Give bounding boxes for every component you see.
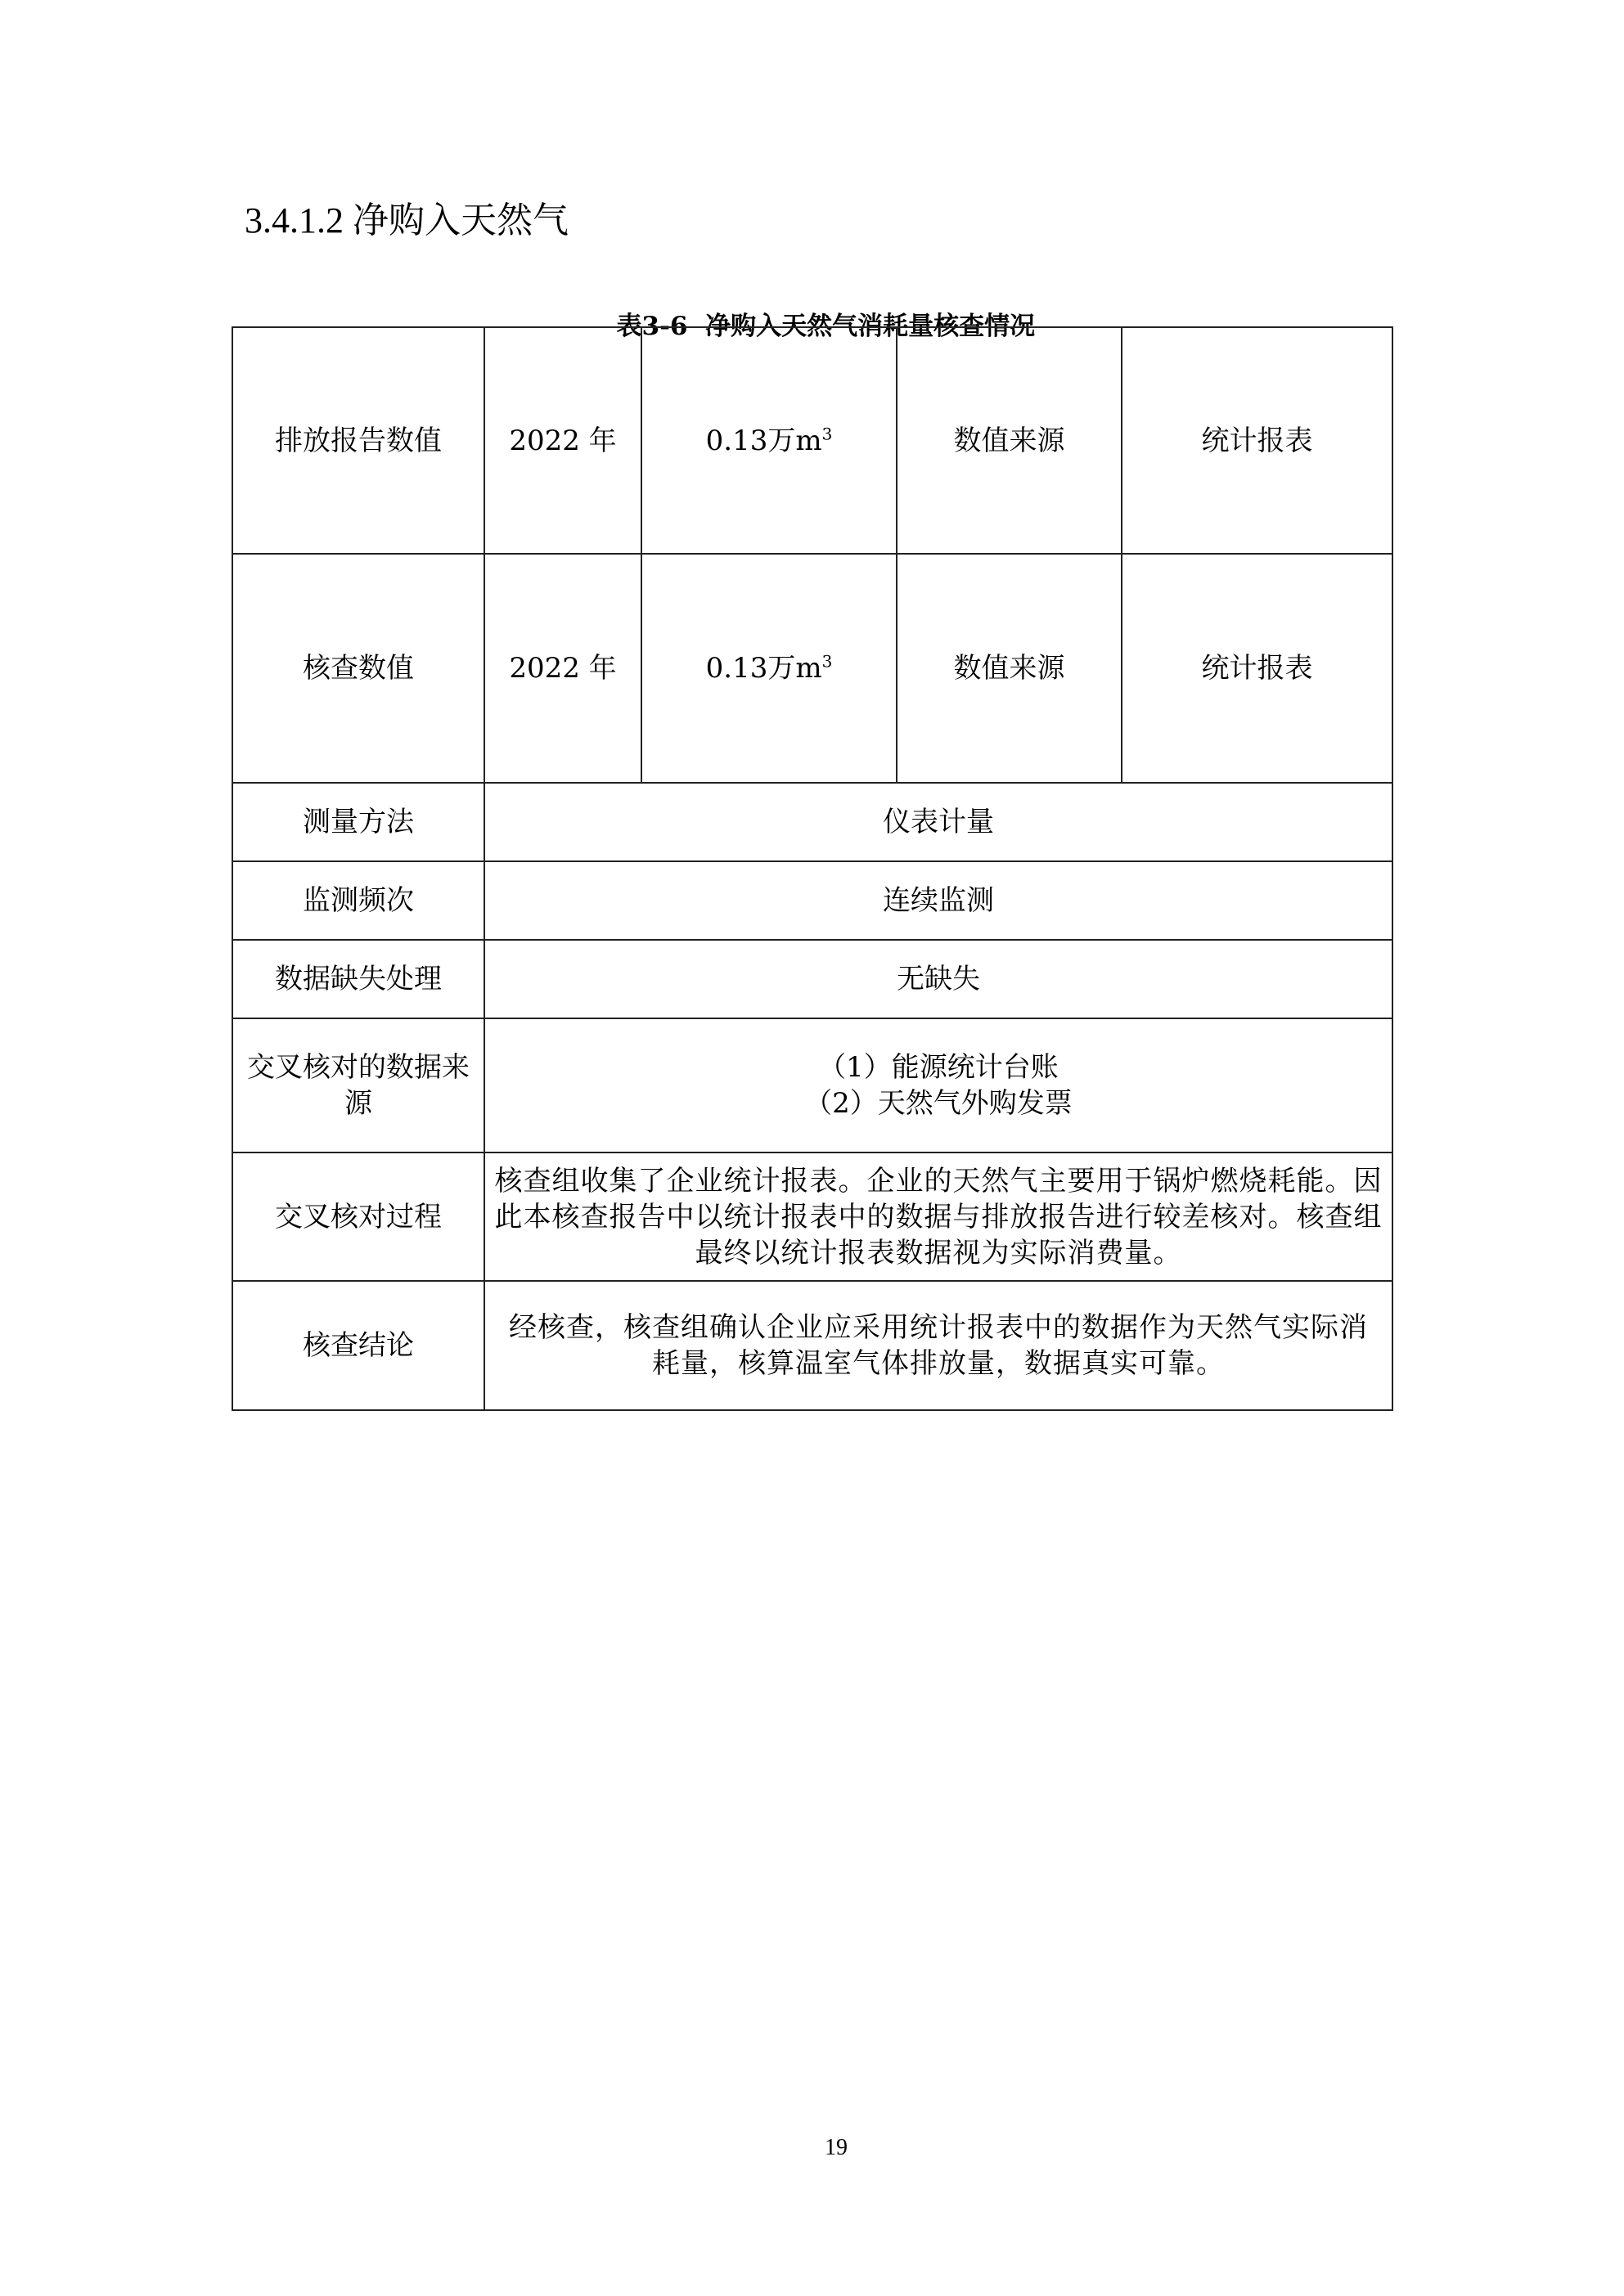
table-row-method: 测量方法 仪表计量 [232,783,1392,861]
row-label: 数据缺失处理 [232,940,484,1018]
value-text: 0.13万m [706,425,822,457]
source-cell: 统计报表 [1122,554,1392,783]
unit-exponent: 3 [822,424,833,443]
table-row-cross-sources: 交叉核对的数据来源 （1）能源统计台账 （2）天然气外购发票 [232,1018,1392,1152]
row-label: 排放报告数值 [232,327,484,554]
text-line: 最终以统计报表数据视为实际消费量。 [490,1235,1387,1271]
section-title: 净购入天然气 [353,200,569,240]
cross-sources-value: （1）能源统计台账 （2）天然气外购发票 [484,1018,1392,1152]
section-heading: 3.4.1.2 净购入天然气 [245,195,569,247]
row-label: 核查数值 [232,554,484,783]
frequency-value: 连续监测 [484,861,1392,940]
text-line: 经核查，核查组确认企业应采用统计报表中的数据作为天然气实际消 [490,1310,1387,1346]
row-label: 核查结论 [232,1281,484,1410]
section-number: 3.4.1.2 [245,200,344,240]
source-item: （2）天然气外购发票 [490,1085,1387,1121]
year-cell: 2022 年 [484,327,641,554]
text-line: 耗量，核算温室气体排放量，数据真实可靠。 [490,1346,1387,1382]
verification-table: 排放报告数值 2022 年 0.13万m3 数值来源 统计报表 核查数值 202… [232,326,1393,1411]
conclusion-value: 经核查，核查组确认企业应采用统计报表中的数据作为天然气实际消 耗量，核算温室气体… [484,1281,1392,1410]
row-label: 监测频次 [232,861,484,940]
year-cell: 2022 年 [484,554,641,783]
table-row-conclusion: 核查结论 经核查，核查组确认企业应采用统计报表中的数据作为天然气实际消 耗量，核… [232,1281,1392,1410]
source-item: （1）能源统计台账 [490,1049,1387,1085]
row-label: 测量方法 [232,783,484,861]
missing-value: 无缺失 [484,940,1392,1018]
table-row-verified: 核查数值 2022 年 0.13万m3 数值来源 统计报表 [232,554,1392,783]
method-value: 仪表计量 [484,783,1392,861]
page-number: 19 [0,2133,1624,2163]
row-label: 交叉核对的数据来源 [232,1018,484,1152]
text-line: 核查组收集了企业统计报表。企业的天然气主要用于锅炉燃烧耗能。因 [490,1163,1387,1199]
source-label-cell: 数值来源 [897,327,1122,554]
value-cell: 0.13万m3 [641,327,897,554]
value-text: 0.13万m [706,652,822,685]
cross-process-value: 核查组收集了企业统计报表。企业的天然气主要用于锅炉燃烧耗能。因 此本核查报告中以… [484,1152,1392,1281]
row-label: 交叉核对过程 [232,1152,484,1281]
source-cell: 统计报表 [1122,327,1392,554]
text-line: 此本核查报告中以统计报表中的数据与排放报告进行较差核对。核查组 [490,1199,1387,1235]
table-row-reported: 排放报告数值 2022 年 0.13万m3 数值来源 统计报表 [232,327,1392,554]
source-label-cell: 数值来源 [897,554,1122,783]
unit-exponent: 3 [822,652,833,672]
table-row-missing: 数据缺失处理 无缺失 [232,940,1392,1018]
table-row-frequency: 监测频次 连续监测 [232,861,1392,940]
table-row-cross-process: 交叉核对过程 核查组收集了企业统计报表。企业的天然气主要用于锅炉燃烧耗能。因 此… [232,1152,1392,1281]
value-cell: 0.13万m3 [641,554,897,783]
